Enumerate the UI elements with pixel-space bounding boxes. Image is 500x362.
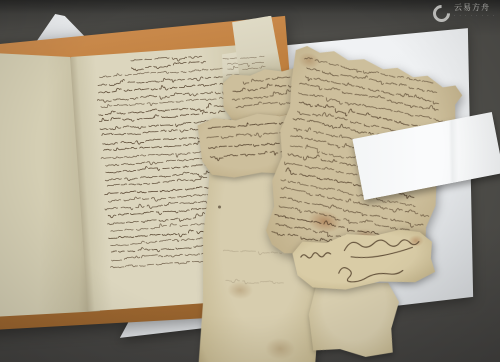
watermark-sub-text: · · · · · · · ·	[454, 14, 496, 18]
watermark: 云易方舟 · · · · · · · ·	[433, 4, 496, 22]
ink-speck	[218, 205, 221, 208]
lot-photograph: 云易方舟 · · · · · · · ·	[0, 0, 500, 362]
stain	[265, 337, 296, 360]
watermark-cjk-text: 云易方舟	[454, 4, 496, 12]
watermark-ring-logo-icon	[429, 1, 453, 25]
